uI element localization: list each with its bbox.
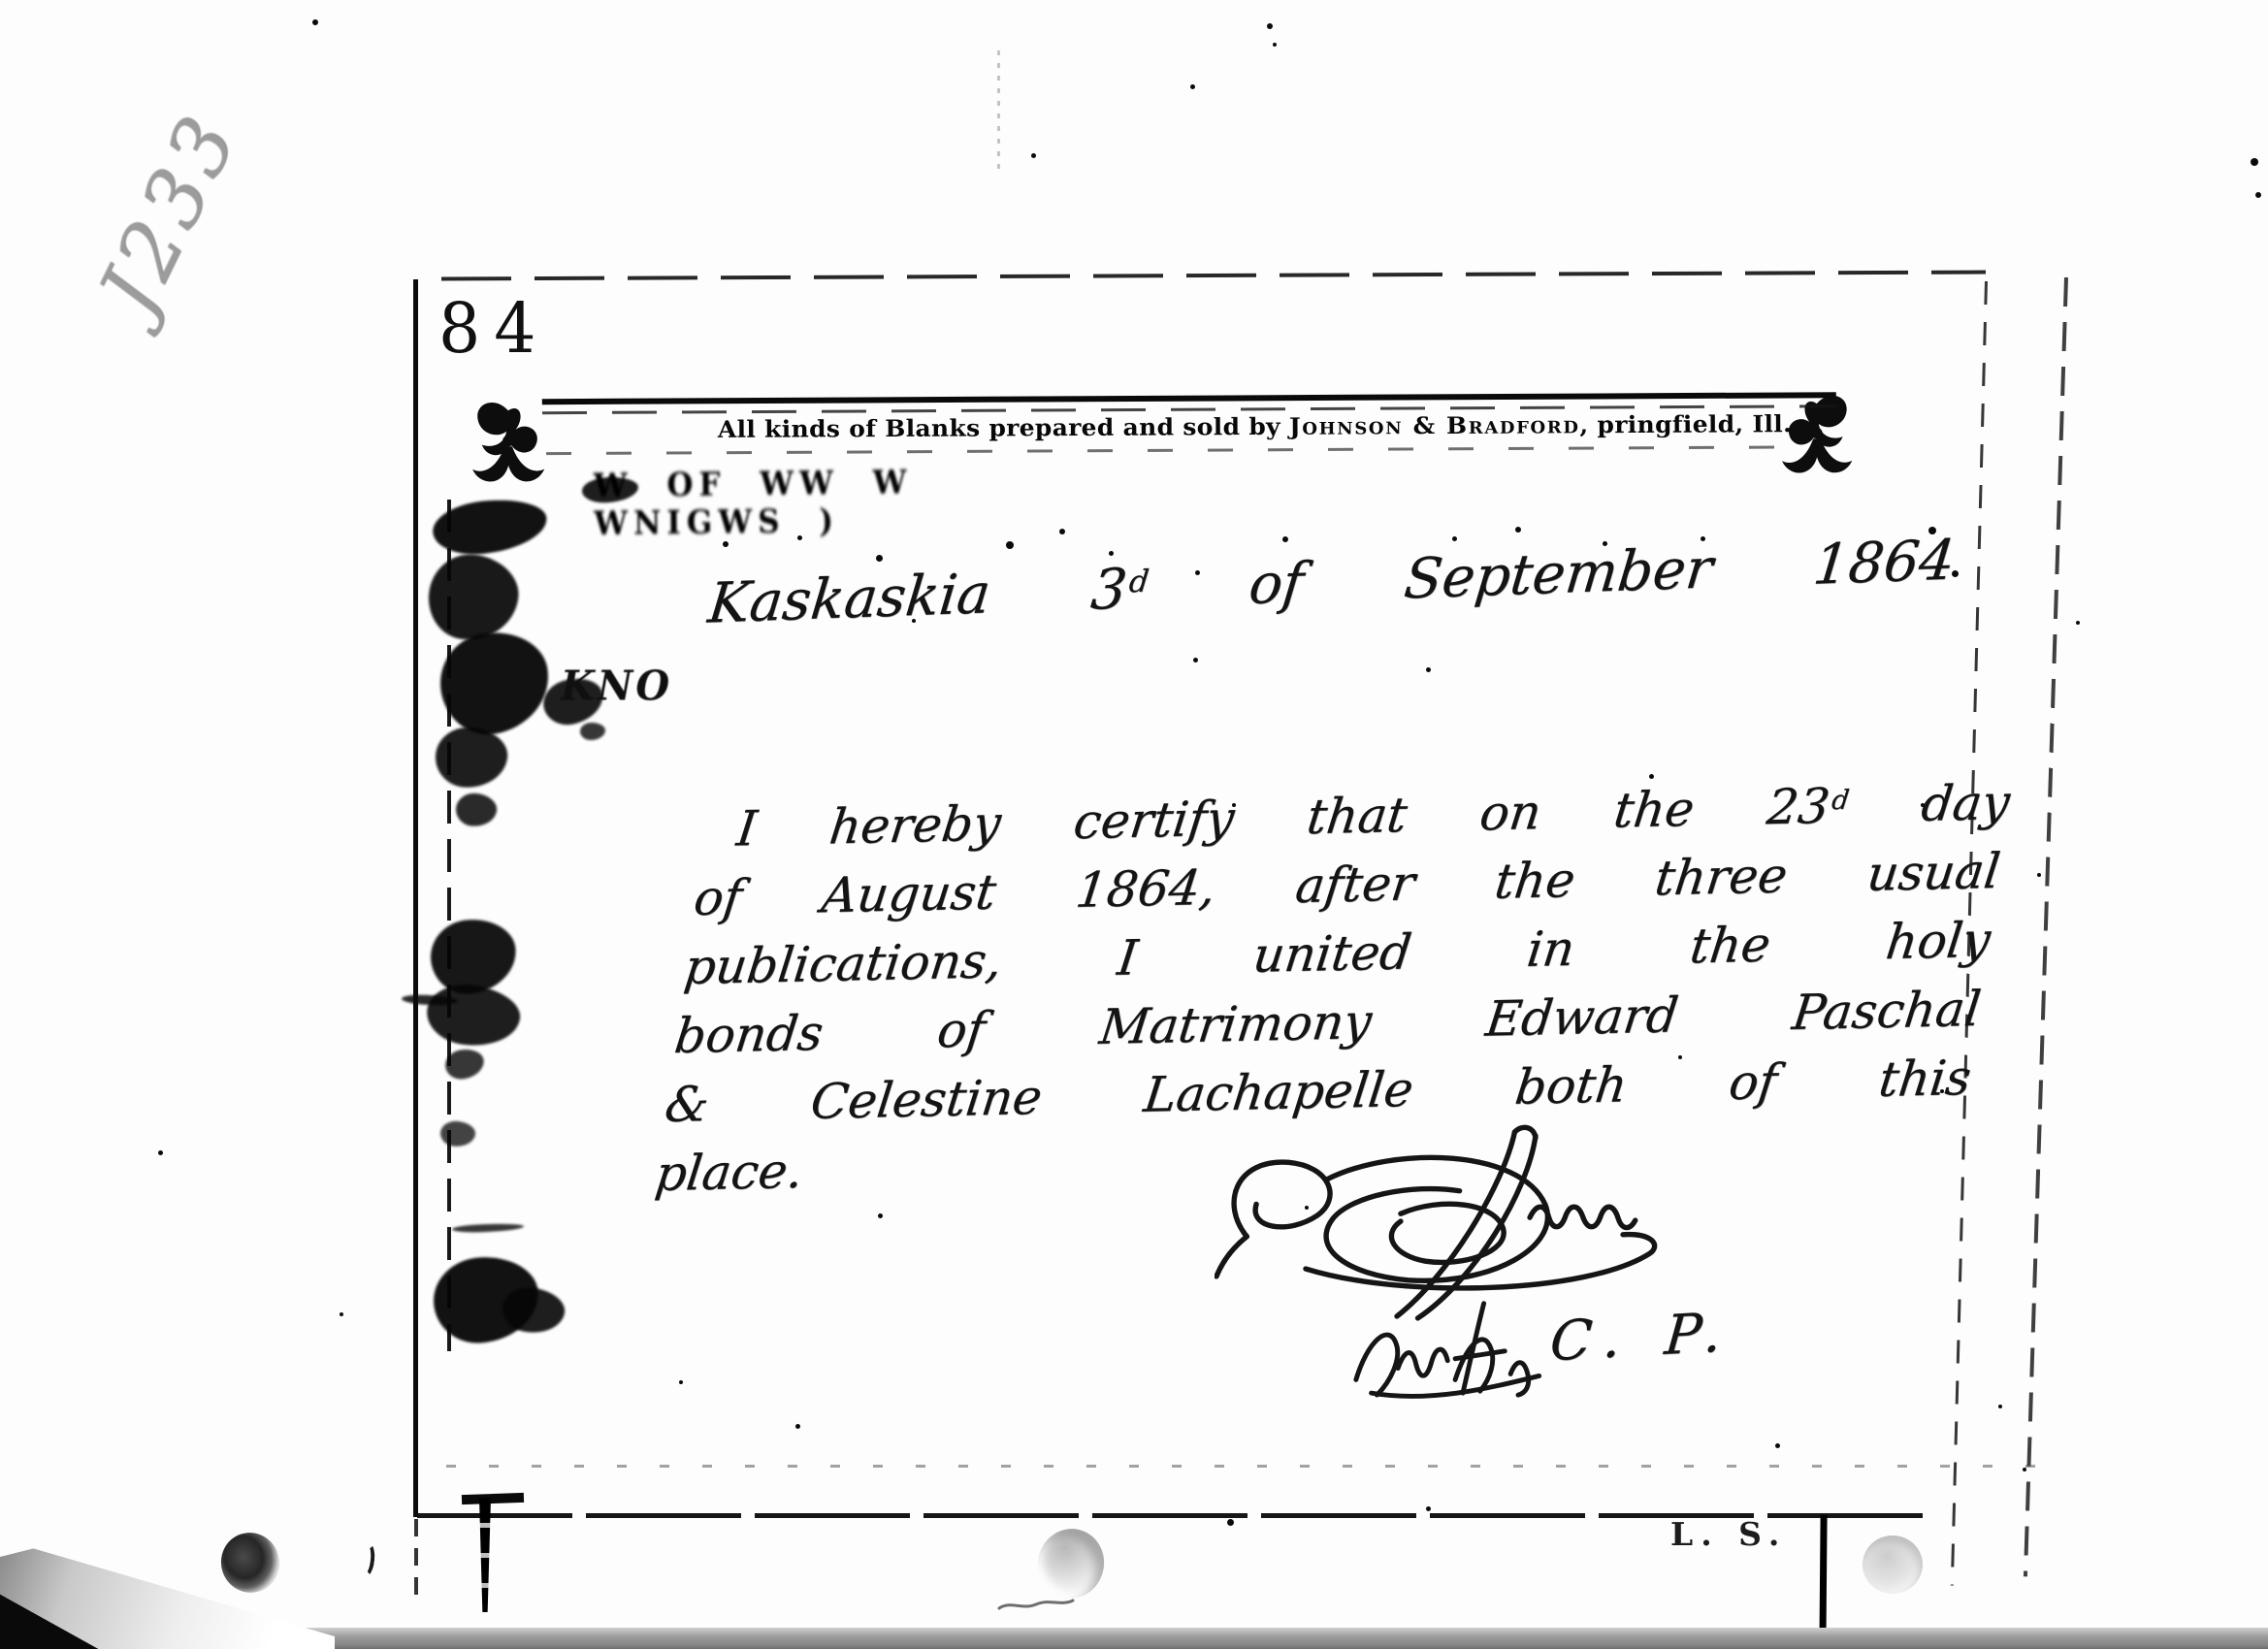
- seal-label: L. S.: [1670, 1515, 1787, 1553]
- banner-prefix: All kinds of Blanks prepared and sold by: [718, 413, 1289, 443]
- countersign-initials: C. P.: [1547, 1301, 1737, 1374]
- faded-form-heading: W OF WW W WNIGWS ): [594, 462, 1099, 543]
- faint-dotted-rule: [446, 1465, 2037, 1468]
- ink-speck: [876, 555, 883, 562]
- banner-firm-name: Johnson & Bradford: [1289, 411, 1580, 439]
- ink-speck: [2076, 621, 2080, 625]
- ink-speck: [340, 1312, 343, 1316]
- dateline-day: 3d: [1088, 556, 1151, 622]
- banner-suffix: , pringfield, Ill.: [1579, 410, 1792, 438]
- ink-speck: [795, 1424, 800, 1429]
- ink-speck: [878, 1213, 883, 1218]
- ink-speck: [679, 1380, 683, 1384]
- ink-blotch: [439, 1119, 476, 1148]
- ink-speck: [723, 541, 729, 547]
- dateline-day-suffix: d: [1127, 565, 1150, 600]
- ink-speck: [1006, 541, 1014, 549]
- ink-blotch: [423, 980, 524, 1052]
- ink-blotch: [454, 792, 498, 828]
- ink-blotch: [580, 723, 605, 740]
- ink-speck: [2037, 873, 2041, 877]
- ink-speck: [158, 1150, 163, 1155]
- left-border-lower-dashes: [414, 1519, 418, 1604]
- ink-speck: [1282, 536, 1288, 542]
- scanner-edge-band: [0, 1628, 2268, 1649]
- ink-speck: [1193, 658, 1198, 663]
- certificate-inner-left-border: [447, 500, 451, 1351]
- banner-top-rule: [542, 392, 1836, 404]
- ink-speck: [1227, 1519, 1234, 1526]
- banner-bottom-rule: [546, 445, 1799, 455]
- ink-speck: [1775, 1443, 1780, 1448]
- ink-speck: [1426, 1506, 1431, 1511]
- scanned-document-page: J233 84 All kinds of Blanks prepared and…: [0, 0, 2268, 1649]
- ink-blotch: [452, 1223, 524, 1234]
- printed-text-fragment: KNO: [561, 663, 672, 710]
- ink-speck: [1426, 667, 1431, 672]
- signature-scrawl: [1341, 1286, 1583, 1401]
- ink-speck: [1452, 536, 1457, 541]
- banner-text: All kinds of Blanks prepared and sold by…: [670, 410, 1839, 443]
- punch-hole-right: [1863, 1536, 1923, 1594]
- ink-speck: [1109, 551, 1114, 556]
- ink-blotch: [434, 625, 557, 741]
- ink-speck: [1515, 527, 1521, 533]
- ink-speck: [1998, 1405, 2002, 1408]
- ink-blotch: [424, 550, 523, 646]
- pencil-squiggle: [997, 1593, 1075, 1616]
- dateline-place: Kaskaskia: [705, 562, 993, 635]
- left-corner-ornament-icon: [470, 397, 547, 492]
- printed-banner: All kinds of Blanks prepared and sold by…: [0, 0, 2268, 510]
- ink-blotch: [434, 725, 509, 790]
